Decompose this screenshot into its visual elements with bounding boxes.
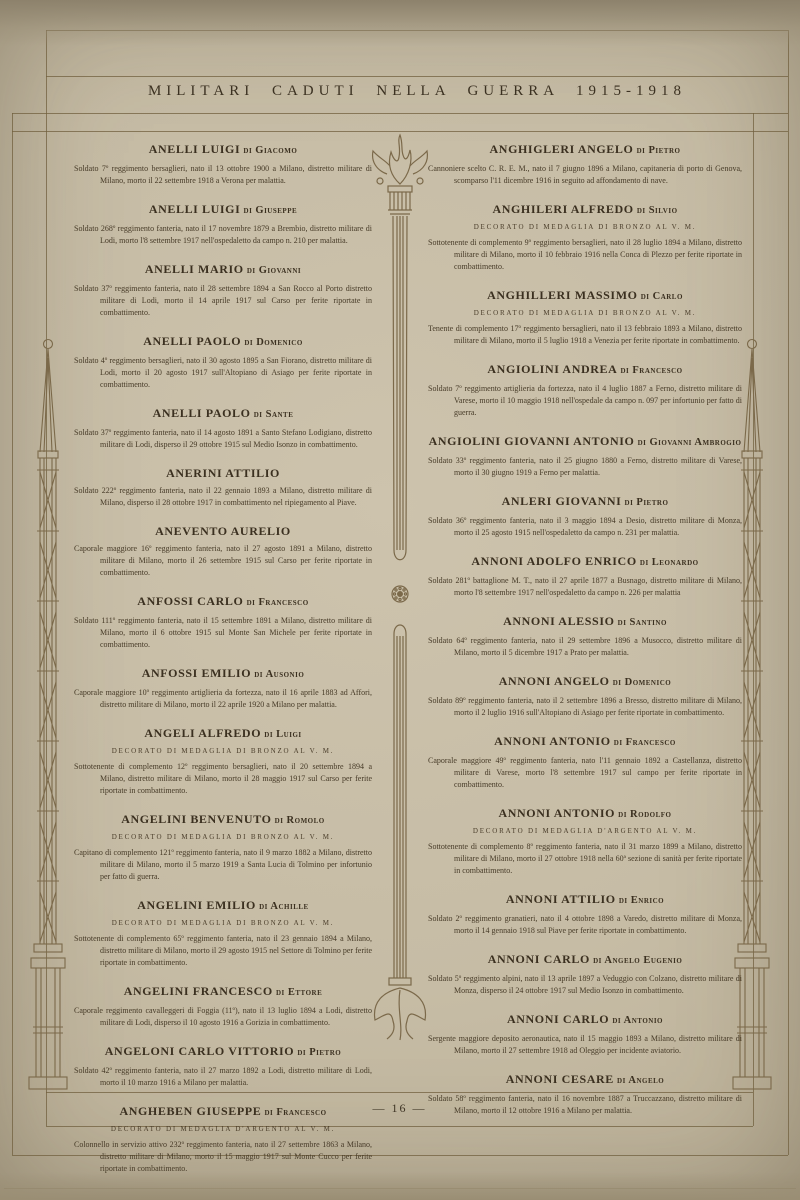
soldier-patronymic: di Santino [615, 617, 667, 628]
soldier-name: ANNONI ANTONIO [499, 806, 616, 820]
soldier-record-text: Sergente maggiore deposito aeronautica, … [428, 1033, 742, 1057]
soldier-entry: ANLERI GIOVANNI di Pietro Soldato 36º re… [428, 494, 742, 539]
soldier-record-text: Soldato 37º reggimento fanteria, nato il… [74, 427, 372, 451]
medal-citation: DECORATO DI MEDAGLIA DI BRONZO AL V. M. [428, 309, 742, 317]
soldier-entry: ANGIOLINI GIOVANNI ANTONIO di Giovanni A… [428, 434, 742, 479]
soldier-entry: ANGELI ALFREDO di Luigi DECORATO DI MEDA… [74, 726, 372, 797]
soldier-name: ANELLI LUIGI [149, 202, 241, 216]
soldier-entry-heading: ANELLI MARIO di Giovanni [74, 262, 372, 278]
frame-line [46, 30, 47, 1126]
soldier-entry-heading: ANNONI CESARE di Angelo [428, 1072, 742, 1088]
soldier-patronymic: di Pietro [294, 1047, 341, 1058]
soldier-entry: ANNONI ANTONIO di Francesco Caporale mag… [428, 734, 742, 791]
soldier-record-text: Soldato 7º reggimento artiglieria da for… [428, 383, 742, 419]
soldier-name: ANNONI CARLO [507, 1012, 609, 1026]
soldier-patronymic: di Angelo [614, 1075, 664, 1086]
soldier-entry-heading: ANGELI ALFREDO di Luigi [74, 726, 372, 742]
soldier-record-text: Soldato 268º reggimento fanteria, nato i… [74, 223, 372, 247]
soldier-patronymic: di Domenico [241, 337, 303, 348]
soldier-entry: ANFOSSI EMILIO di Ausonio Caporale maggi… [74, 666, 372, 711]
soldier-entry: ANELLI PAOLO di Domenico Soldato 4º regg… [74, 334, 372, 391]
soldier-record-text: Soldato 42º reggimento fanteria, nato il… [74, 1065, 372, 1089]
soldier-name: ANELLI LUIGI [149, 142, 241, 156]
soldier-patronymic: di Domenico [610, 677, 672, 688]
soldier-entry: ANNONI ANGELO di Domenico Soldato 89º re… [428, 674, 742, 719]
soldier-patronymic: di Antonio [609, 1015, 663, 1026]
soldier-entry-heading: ANNONI CARLO di Antonio [428, 1012, 742, 1028]
soldier-entry-heading: ANGHILLERI MASSIMO di Carlo [428, 288, 742, 304]
soldier-entry: ANGELINI FRANCESCO di Ettore Caporale re… [74, 984, 372, 1029]
soldier-patronymic: di Pietro [633, 145, 680, 156]
medal-citation: DECORATO DI MEDAGLIA D'ARGENTO AL V. M. [74, 1125, 372, 1133]
soldier-entry-heading: ANNONI ATTILIO di Enrico [428, 892, 742, 908]
soldier-entry-heading: ANGHILERI ALFREDO di Silvio [428, 202, 742, 218]
soldier-record-text: Soldato 222º reggimento fanteria, nato i… [74, 485, 372, 509]
soldier-name: ANGELINI EMILIO [137, 898, 256, 912]
soldier-patronymic: di Silvio [634, 205, 678, 216]
soldier-entry: ANGHILERI ALFREDO di Silvio DECORATO DI … [428, 202, 742, 273]
soldier-entry: ANGHIGLERI ANGELO di Pietro Cannoniere s… [428, 142, 742, 187]
medal-citation: DECORATO DI MEDAGLIA D'ARGENTO AL V. M. [428, 827, 742, 835]
frame-line [12, 131, 788, 132]
soldier-entry: ANELLI LUIGI di Giuseppe Soldato 268º re… [74, 202, 372, 247]
lattice-obelisk-icon-left [18, 332, 78, 1102]
frame-line [788, 30, 789, 1155]
soldier-patronymic: di Giuseppe [240, 205, 297, 216]
soldier-record-text: Sottotenente di complemento 65º reggimen… [74, 933, 372, 969]
soldier-name: ANGELINI BENVENUTO [121, 812, 271, 826]
soldier-name: ANNONI ANTONIO [494, 734, 611, 748]
soldier-record-text: Sottotenente di complemento 9º reggiment… [428, 237, 742, 273]
soldier-patronymic: di Achille [256, 901, 309, 912]
soldier-name: ANFOSSI EMILIO [142, 666, 251, 680]
soldier-entry: ANNONI ATTILIO di Enrico Soldato 2º regg… [428, 892, 742, 937]
soldier-record-text: Caporale maggiore 10º reggimento artigli… [74, 687, 372, 711]
soldier-record-text: Soldato 2º reggimento granatieri, nato i… [428, 913, 742, 937]
column-left: ANELLI LUIGI di Giacomo Soldato 7º reggi… [74, 142, 372, 1190]
soldier-entry-heading: ANGELINI EMILIO di Achille [74, 898, 372, 914]
soldier-entry-heading: ANEVENTO AURELIO [74, 524, 372, 538]
soldier-record-text: Colonnello in servizio attivo 232º reggi… [74, 1139, 372, 1175]
soldier-patronymic: di Enrico [616, 895, 664, 906]
soldier-entry-heading: ANNONI ANGELO di Domenico [428, 674, 742, 690]
soldier-record-text: Soldato 33º reggimento fanteria, nato il… [428, 455, 742, 479]
soldier-entry: ANERINI ATTILIO Soldato 222º reggimento … [74, 466, 372, 509]
soldier-entry-heading: ANFOSSI CARLO di Francesco [74, 594, 372, 610]
soldier-name: ANGHILERI ALFREDO [492, 202, 633, 216]
soldier-name: ANELLI MARIO [145, 262, 244, 276]
soldier-patronymic: di Francesco [611, 737, 676, 748]
soldier-patronymic: di Angelo Eugenio [590, 955, 682, 966]
soldier-name: ANELLI PAOLO [143, 334, 241, 348]
soldier-patronymic: di Giovanni [244, 265, 301, 276]
soldier-name: ANEVENTO AURELIO [155, 524, 291, 538]
frame-line [753, 113, 754, 1126]
column-right: ANGHIGLERI ANGELO di Pietro Cannoniere s… [428, 142, 742, 1132]
page-number: — 16 — [46, 1101, 753, 1116]
soldier-record-text: Sottotenente di complemento 8º reggiment… [428, 841, 742, 877]
page-title: MILITARI CADUTI NELLA GUERRA 1915-1918 [46, 83, 788, 100]
soldier-entry-heading: ANELLI LUIGI di Giuseppe [74, 202, 372, 218]
soldier-record-text: Caporale reggimento cavalleggeri di Fogg… [74, 1005, 372, 1029]
soldier-name: ANNONI ADOLFO ENRICO [471, 554, 636, 568]
soldier-name: ANFOSSI CARLO [137, 594, 243, 608]
soldier-entry-heading: ANGHIGLERI ANGELO di Pietro [428, 142, 742, 158]
soldier-patronymic: di Leonardo [637, 557, 699, 568]
soldier-name: ANGELINI FRANCESCO [124, 984, 273, 998]
soldier-record-text: Cannoniere scelto C. R. E. M., nato il 7… [428, 163, 742, 187]
soldier-record-text: Soldato 36º reggimento fanteria, nato il… [428, 515, 742, 539]
soldier-name: ANNONI ANGELO [499, 674, 610, 688]
soldier-entry-heading: ANGIOLINI ANDREA di Francesco [428, 362, 742, 378]
soldier-patronymic: di Francesco [617, 365, 682, 376]
soldier-name: ANGELI ALFREDO [144, 726, 261, 740]
medal-citation: DECORATO DI MEDAGLIA DI BRONZO AL V. M. [74, 919, 372, 927]
soldier-record-text: Soldato 64º reggimento fanteria, nato il… [428, 635, 742, 659]
frame-line [46, 76, 788, 77]
soldier-entry: ANELLI MARIO di Giovanni Soldato 37º reg… [74, 262, 372, 319]
soldier-patronymic: di Luigi [261, 729, 301, 740]
soldier-patronymic: di Ausonio [251, 669, 304, 680]
soldier-entry: ANELLI LUIGI di Giacomo Soldato 7º reggi… [74, 142, 372, 187]
frame-line [46, 30, 788, 31]
soldier-patronymic: di Francesco [243, 597, 308, 608]
soldier-record-text: Sottotenente di complemento 12º reggimen… [74, 761, 372, 797]
soldier-patronymic: di Sante [251, 409, 294, 420]
soldier-name: ANERINI ATTILIO [166, 466, 280, 480]
soldier-entry-heading: ANFOSSI EMILIO di Ausonio [74, 666, 372, 682]
soldier-entry: ANFOSSI CARLO di Francesco Soldato 111º … [74, 594, 372, 651]
soldier-entry-heading: ANGELONI CARLO VITTORIO di Pietro [74, 1044, 372, 1060]
scan-top-shadow [0, 0, 800, 46]
soldier-entry: ANNONI ALESSIO di Santino Soldato 64º re… [428, 614, 742, 659]
soldier-entry: ANGHILLERI MASSIMO di Carlo DECORATO DI … [428, 288, 742, 347]
soldier-name: ANNONI ATTILIO [506, 892, 616, 906]
soldier-name: ANLERI GIOVANNI [502, 494, 622, 508]
soldier-record-text: Soldato 4º reggimento bersaglieri, nato … [74, 355, 372, 391]
soldier-entry: ANEVENTO AURELIO Caporale maggiore 16º r… [74, 524, 372, 579]
soldier-name: ANELLI PAOLO [153, 406, 251, 420]
soldier-record-text: Soldato 7º reggimento bersaglieri, nato … [74, 163, 372, 187]
soldier-name: ANGELONI CARLO VITTORIO [105, 1044, 294, 1058]
flame-torch-column-icon [363, 132, 437, 1047]
soldier-name: ANNONI CESARE [506, 1072, 614, 1086]
soldier-patronymic: di Giovanni Ambrogio [634, 437, 741, 448]
soldier-patronymic: di Ettore [273, 987, 322, 998]
soldier-entry: ANNONI ADOLFO ENRICO di Leonardo Soldato… [428, 554, 742, 599]
soldier-name: ANGHIGLERI ANGELO [490, 142, 634, 156]
soldier-entry: ANNONI ANTONIO di Rodolfo DECORATO DI ME… [428, 806, 742, 877]
soldier-entry-heading: ANGELINI BENVENUTO di Romolo [74, 812, 372, 828]
soldier-entry-heading: ANNONI CARLO di Angelo Eugenio [428, 952, 742, 968]
soldier-entry-heading: ANLERI GIOVANNI di Pietro [428, 494, 742, 510]
soldier-entry-heading: ANNONI ANTONIO di Francesco [428, 734, 742, 750]
frame-line [12, 113, 788, 114]
soldier-patronymic: di Carlo [638, 291, 683, 302]
soldier-entry-heading: ANGIOLINI GIOVANNI ANTONIO di Giovanni A… [428, 434, 742, 450]
medal-citation: DECORATO DI MEDAGLIA DI BRONZO AL V. M. [74, 747, 372, 755]
soldier-entry: ANGELINI BENVENUTO di Romolo DECORATO DI… [74, 812, 372, 883]
soldier-entry: ANNONI CARLO di Antonio Sergente maggior… [428, 1012, 742, 1057]
soldier-entry-heading: ANGELINI FRANCESCO di Ettore [74, 984, 372, 1000]
soldier-entry: ANGIOLINI ANDREA di Francesco Soldato 7º… [428, 362, 742, 419]
soldier-patronymic: di Giacomo [240, 145, 297, 156]
soldier-entry: ANGELONI CARLO VITTORIO di Pietro Soldat… [74, 1044, 372, 1089]
soldier-entry: ANNONI CARLO di Angelo Eugenio Soldato 5… [428, 952, 742, 997]
soldier-entry-heading: ANERINI ATTILIO [74, 466, 372, 480]
soldier-entry-heading: ANELLI LUIGI di Giacomo [74, 142, 372, 158]
soldier-name: ANGHILLERI MASSIMO [487, 288, 638, 302]
soldier-record-text: Caporale maggiore 49º reggimento fanteri… [428, 755, 742, 791]
soldier-record-text: Soldato 37º reggimento fanteria, nato il… [74, 283, 372, 319]
soldier-record-text: Capitano di complemento 121º reggimento … [74, 847, 372, 883]
medal-citation: DECORATO DI MEDAGLIA DI BRONZO AL V. M. [428, 223, 742, 231]
medal-citation: DECORATO DI MEDAGLIA DI BRONZO AL V. M. [74, 833, 372, 841]
soldier-record-text: Soldato 281º battaglione M. T., nato il … [428, 575, 742, 599]
frame-line [12, 113, 13, 1155]
scanned-page: MILITARI CADUTI NELLA GUERRA 1915-1918 [0, 0, 800, 1200]
soldier-entry-heading: ANNONI ALESSIO di Santino [428, 614, 742, 630]
soldier-entry: ANGELINI EMILIO di Achille DECORATO DI M… [74, 898, 372, 969]
soldier-name: ANGIOLINI ANDREA [487, 362, 617, 376]
soldier-name: ANNONI ALESSIO [503, 614, 614, 628]
soldier-record-text: Tenente di complemento 17º reggimento be… [428, 323, 742, 347]
soldier-record-text: Caporale maggiore 16º reggimento fanteri… [74, 543, 372, 579]
soldier-patronymic: di Rodolfo [615, 809, 671, 820]
soldier-name: ANNONI CARLO [488, 952, 590, 966]
soldier-record-text: Soldato 89º reggimento fanteria, nato il… [428, 695, 742, 719]
soldier-record-text: Soldato 111º reggimento fanteria, nato i… [74, 615, 372, 651]
soldier-entry-heading: ANELLI PAOLO di Sante [74, 406, 372, 422]
soldier-patronymic: di Pietro [621, 497, 668, 508]
soldier-entry: ANELLI PAOLO di Sante Soldato 37º reggim… [74, 406, 372, 451]
soldier-name: ANGIOLINI GIOVANNI ANTONIO [429, 434, 635, 448]
soldier-record-text: Soldato 5º reggimento alpini, nato il 13… [428, 973, 742, 997]
soldier-entry-heading: ANELLI PAOLO di Domenico [74, 334, 372, 350]
soldier-entry-heading: ANNONI ANTONIO di Rodolfo [428, 806, 742, 822]
soldier-entry-heading: ANNONI ADOLFO ENRICO di Leonardo [428, 554, 742, 570]
soldier-patronymic: di Romolo [272, 815, 325, 826]
